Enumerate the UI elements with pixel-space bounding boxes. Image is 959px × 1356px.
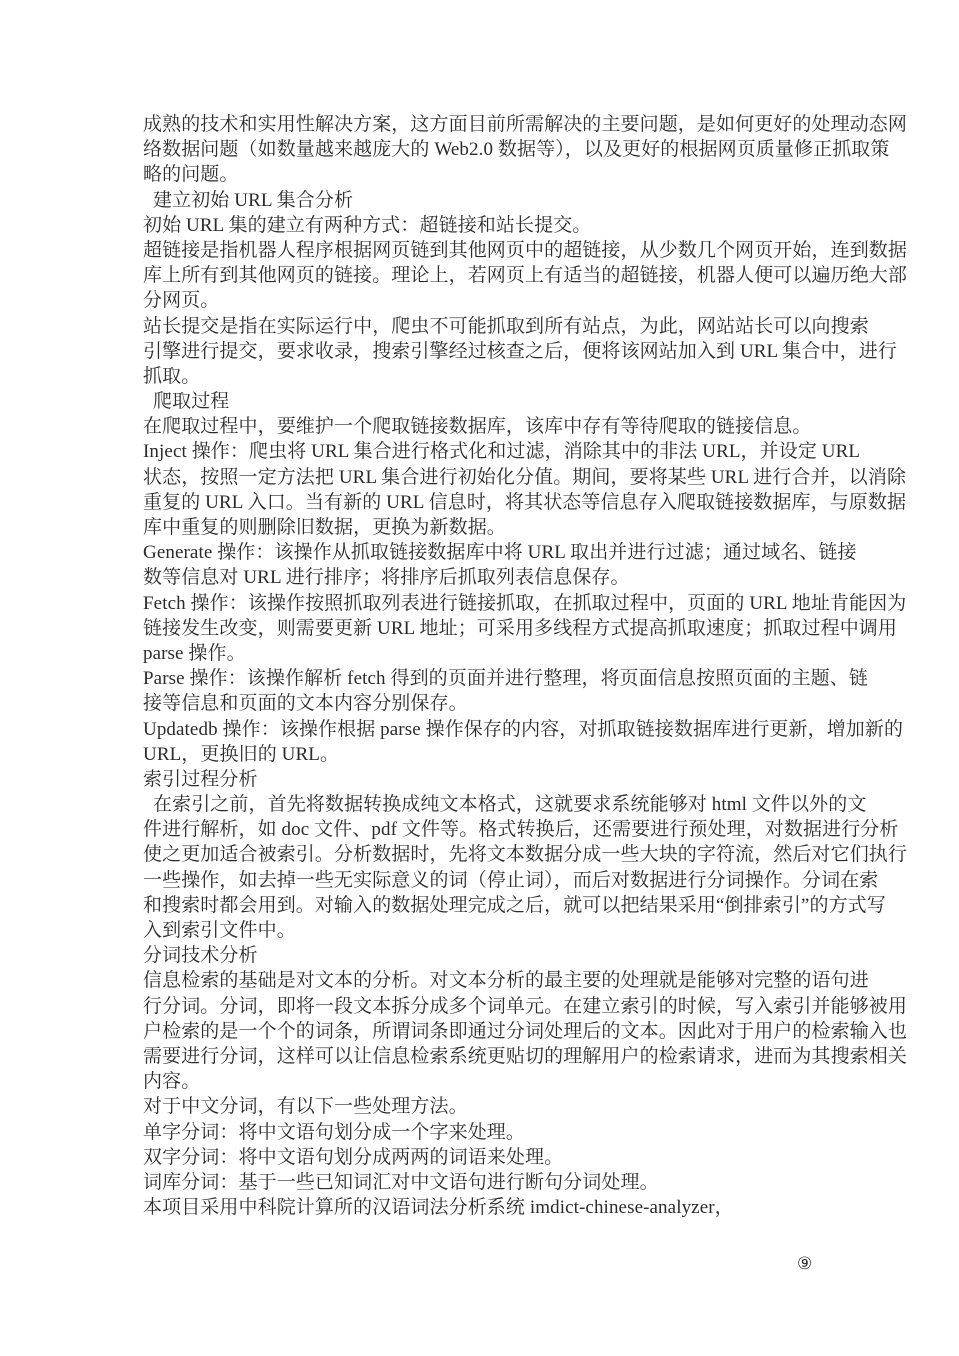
text-line: 分词技术分析	[143, 943, 891, 968]
text-line: 和搜索时都会用到。对输入的数据处理完成之后，就可以把结果采用“倒排索引”的方式写	[143, 893, 891, 918]
text-line: 户检索的是一个个的词条，所谓词条即通过分词处理后的文本。因此对于用户的检索输入也	[143, 1019, 891, 1044]
text-line: 在爬取过程中，要维护一个爬取链接数据库，该库中存有等待爬取的链接信息。	[143, 414, 891, 439]
page-number: ⑨	[797, 1254, 812, 1274]
text-line: Fetch 操作：该操作按照抓取列表进行链接抓取，在抓取过程中，页面的 URL …	[143, 591, 891, 616]
text-line: 抓取。	[143, 364, 891, 389]
text-line: 建立初始 URL 集合分析	[143, 188, 891, 213]
text-line: 行分词。分词，即将一段文本拆分成多个词单元。在建立索引的时候，写入索引并能够被用	[143, 994, 891, 1019]
text-line: Generate 操作：该操作从抓取链接数据库中将 URL 取出并进行过滤；通过…	[143, 540, 891, 565]
text-line: 一些操作，如去掉一些无实际意义的词（停止词），而后对数据进行分词操作。分词在索	[143, 868, 891, 893]
text-line: 件进行解析，如 doc 文件、pdf 文件等。格式转换后，还需要进行预处理，对数…	[143, 817, 891, 842]
text-line: 词库分词：基于一些已知词汇对中文语句进行断句分词处理。	[143, 1170, 891, 1195]
text-line: parse 操作。	[143, 641, 891, 666]
text-line: 爬取过程	[143, 389, 891, 414]
text-line: 略的问题。	[143, 162, 891, 187]
text-line: 分网页。	[143, 288, 891, 313]
text-line: 数等信息对 URL 进行排序；将排序后抓取列表信息保存。	[143, 565, 891, 590]
text-line: 状态，按照一定方法把 URL 集合进行初始化分值。期间，要将某些 URL 进行合…	[143, 465, 891, 490]
text-line: 络数据问题（如数量越来越庞大的 Web2.0 数据等），以及更好的根据网页质量修…	[143, 137, 891, 162]
text-line: 入到索引文件中。	[143, 918, 891, 943]
text-line: 初始 URL 集的建立有两种方式：超链接和站长提交。	[143, 213, 891, 238]
text-line: 站长提交是指在实际运行中，爬虫不可能抓取到所有站点，为此，网站站长可以向搜索	[143, 314, 891, 339]
document-page: 成熟的技术和实用性解决方案，这方面目前所需解决的主要问题，是如何更好的处理动态网…	[0, 0, 959, 1356]
text-line: 超链接是指机器人程序根据网页链到其他网页中的超链接，从少数几个网页开始，连到数据	[143, 238, 891, 263]
text-line: 内容。	[143, 1069, 891, 1094]
text-line: 引擎进行提交，要求收录，搜索引擎经过核查之后，便将该网站加入到 URL 集合中，…	[143, 339, 891, 364]
text-line: 对于中文分词，有以下一些处理方法。	[143, 1094, 891, 1119]
text-line: Updatedb 操作：该操作根据 parse 操作保存的内容，对抓取链接数据库…	[143, 717, 891, 742]
text-line: 库上所有到其他网页的链接。理论上，若网页上有适当的超链接，机器人便可以遍历绝大部	[143, 263, 891, 288]
text-line: Inject 操作：爬虫将 URL 集合进行格式化和过滤，消除其中的非法 URL…	[143, 439, 891, 464]
text-line: 库中重复的则删除旧数据，更换为新数据。	[143, 515, 891, 540]
text-line: 重复的 URL 入口。当有新的 URL 信息时，将其状态等信息存入爬取链接数据库…	[143, 490, 891, 515]
text-line: 信息检索的基础是对文本的分析。对文本分析的最主要的处理就是能够对完整的语句进	[143, 968, 891, 993]
text-line: URL，更换旧的 URL。	[143, 742, 891, 767]
text-line: 在索引之前，首先将数据转换成纯文本格式，这就要求系统能够对 html 文件以外的…	[143, 792, 891, 817]
text-line: 成熟的技术和实用性解决方案，这方面目前所需解决的主要问题，是如何更好的处理动态网	[143, 112, 891, 137]
document-text: 成熟的技术和实用性解决方案，这方面目前所需解决的主要问题，是如何更好的处理动态网…	[143, 112, 891, 1220]
text-line: Parse 操作：该操作解析 fetch 得到的页面并进行整理，将页面信息按照页…	[143, 666, 891, 691]
text-line: 双字分词：将中文语句划分成两两的词语来处理。	[143, 1145, 891, 1170]
text-line: 单字分词：将中文语句划分成一个字来处理。	[143, 1120, 891, 1145]
text-line: 本项目采用中科院计算所的汉语词法分析系统 imdict-chinese-anal…	[143, 1195, 891, 1220]
text-line: 索引过程分析	[143, 767, 891, 792]
text-line: 接等信息和页面的文本内容分别保存。	[143, 691, 891, 716]
text-line: 使之更加适合被索引。分析数据时，先将文本数据分成一些大块的字符流，然后对它们执行	[143, 842, 891, 867]
text-line: 链接发生改变，则需要更新 URL 地址；可采用多线程方式提高抓取速度；抓取过程中…	[143, 616, 891, 641]
text-line: 需要进行分词，这样可以让信息检索系统更贴切的理解用户的检索请求，进而为其搜索相关	[143, 1044, 891, 1069]
